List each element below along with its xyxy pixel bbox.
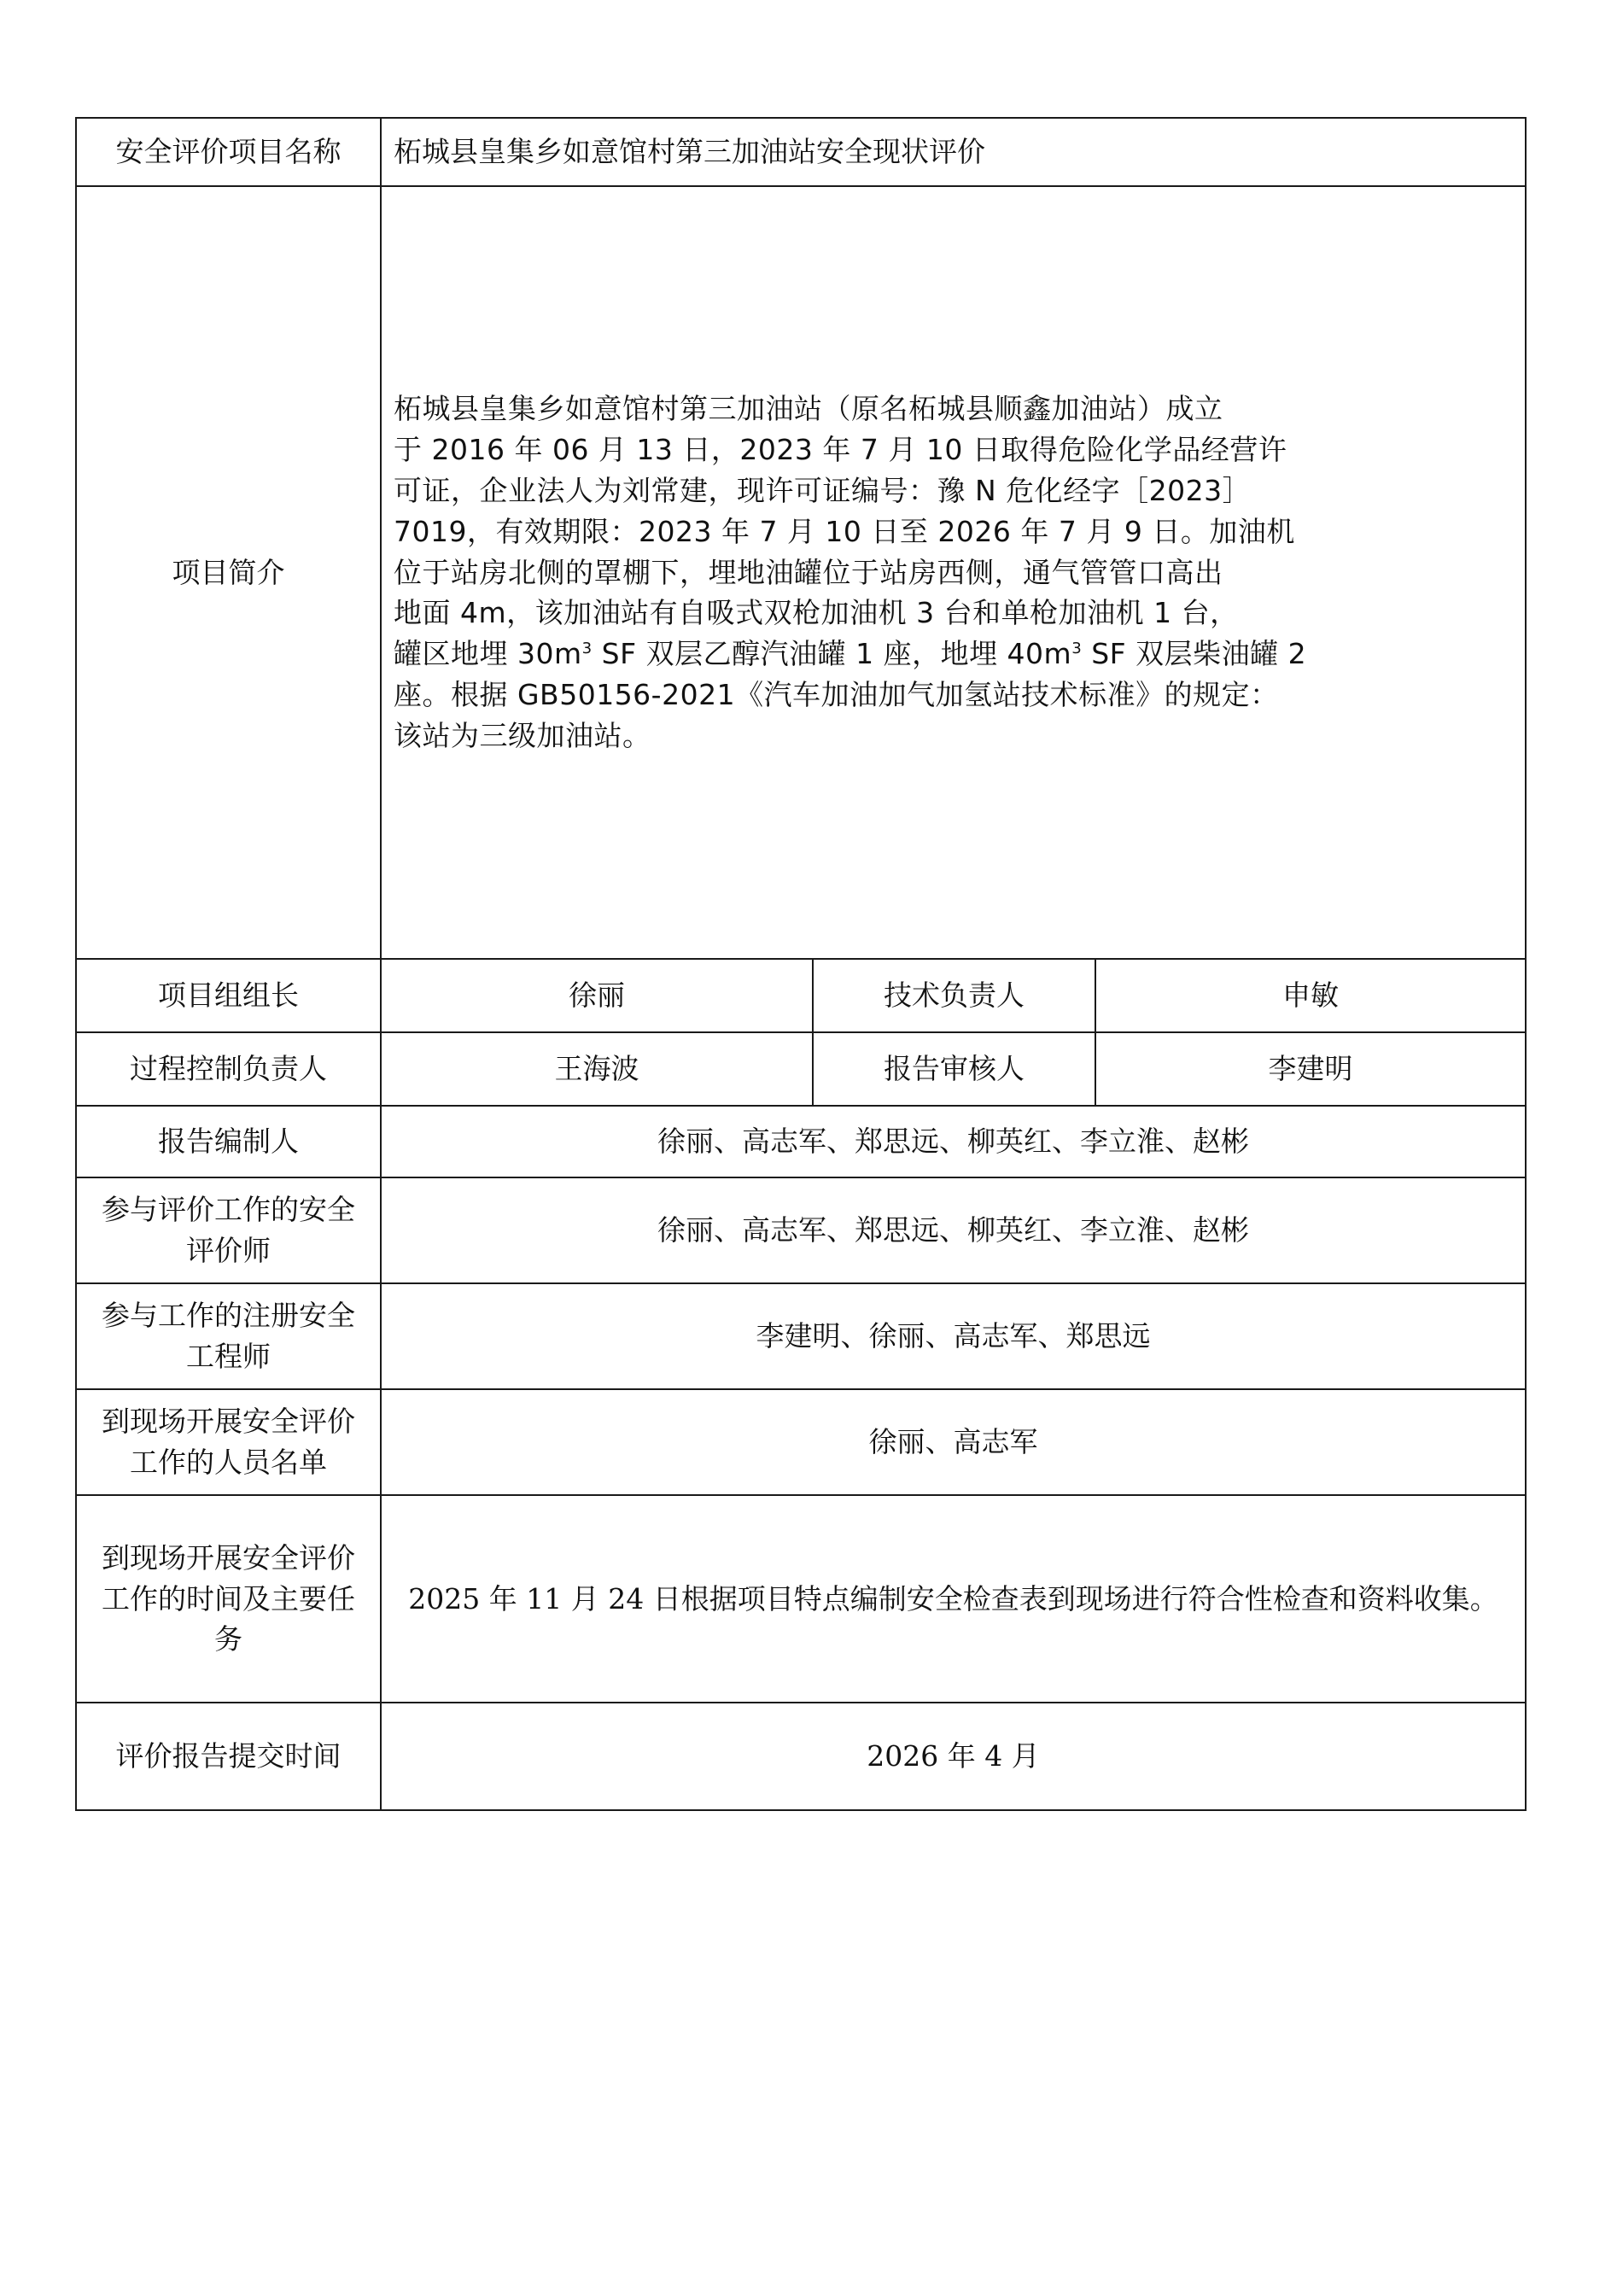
summary-line: 柘城县皇集乡如意馆村第三加油站（原名柘城县顺鑫加油站）成立 bbox=[394, 389, 1513, 429]
safety-evaluators-label: 参与评价工作的安全评价师 bbox=[76, 1177, 381, 1283]
process-control-label: 过程控制负责人 bbox=[76, 1032, 381, 1106]
project-summary-value: 柘城县皇集乡如意馆村第三加油站（原名柘城县顺鑫加油站）成立 于 2016 年 0… bbox=[381, 186, 1526, 959]
summary-line: 该站为三级加油站。 bbox=[394, 716, 1513, 757]
tech-lead-label: 技术负责人 bbox=[813, 959, 1095, 1032]
row-team-leader: 项目组组长 徐丽 技术负责人 申敏 bbox=[76, 959, 1526, 1032]
safety-evaluators-value: 徐丽、高志军、郑思远、柳英红、李立淮、赵彬 bbox=[381, 1177, 1526, 1283]
onsite-time-tasks-value: 2025 年 11 月 24 日根据项目特点编制安全检查表到现场进行符合性检查和… bbox=[381, 1495, 1526, 1703]
row-process-control: 过程控制负责人 王海波 报告审核人 李建明 bbox=[76, 1032, 1526, 1106]
report-authors-value: 徐丽、高志军、郑思远、柳英红、李立淮、赵彬 bbox=[381, 1106, 1526, 1177]
tank-text-1: 罐区地埋 30m bbox=[394, 637, 582, 670]
summary-line: 位于站房北侧的罩棚下，埋地油罐位于站房西侧，通气管管口高出 bbox=[394, 552, 1513, 593]
row-project-summary: 项目简介 柘城县皇集乡如意馆村第三加油站（原名柘城县顺鑫加油站）成立 于 201… bbox=[76, 186, 1526, 959]
tech-lead-value: 申敏 bbox=[1095, 959, 1526, 1032]
report-reviewer-label: 报告审核人 bbox=[813, 1032, 1095, 1106]
project-summary-label: 项目简介 bbox=[76, 186, 381, 959]
safety-evaluation-info-table: 安全评价项目名称 柘城县皇集乡如意馆村第三加油站安全现状评价 项目简介 柘城县皇… bbox=[75, 117, 1527, 1811]
onsite-personnel-value: 徐丽、高志军 bbox=[381, 1389, 1526, 1495]
row-registered-engineers: 参与工作的注册安全工程师 李建明、徐丽、高志军、郑思远 bbox=[76, 1283, 1526, 1389]
row-submission-time: 评价报告提交时间 2026 年 4 月 bbox=[76, 1703, 1526, 1810]
superscript-cubic: 3 bbox=[1071, 640, 1082, 657]
summary-line: 于 2016 年 06 月 13 日，2023 年 7 月 10 日取得危险化学… bbox=[394, 429, 1513, 470]
report-authors-label: 报告编制人 bbox=[76, 1106, 381, 1177]
team-leader-value: 徐丽 bbox=[381, 959, 813, 1032]
submission-time-value: 2026 年 4 月 bbox=[381, 1703, 1526, 1810]
registered-engineers-value: 李建明、徐丽、高志军、郑思远 bbox=[381, 1283, 1526, 1389]
summary-line: 地面 4m，该加油站有自吸式双枪加油机 3 台和单枪加油机 1 台， bbox=[394, 593, 1513, 634]
onsite-personnel-label: 到现场开展安全评价工作的人员名单 bbox=[76, 1389, 381, 1495]
report-reviewer-value: 李建明 bbox=[1095, 1032, 1526, 1106]
tank-text-3: SF 双层柴油罐 2 bbox=[1082, 637, 1306, 670]
project-name-value: 柘城县皇集乡如意馆村第三加油站安全现状评价 bbox=[381, 118, 1526, 186]
submission-time-label: 评价报告提交时间 bbox=[76, 1703, 381, 1810]
team-leader-label: 项目组组长 bbox=[76, 959, 381, 1032]
document-page: 安全评价项目名称 柘城县皇集乡如意馆村第三加油站安全现状评价 项目简介 柘城县皇… bbox=[0, 0, 1623, 2296]
row-onsite-time-tasks: 到现场开展安全评价工作的时间及主要任务 2025 年 11 月 24 日根据项目… bbox=[76, 1495, 1526, 1703]
registered-engineers-label: 参与工作的注册安全工程师 bbox=[76, 1283, 381, 1389]
row-report-authors: 报告编制人 徐丽、高志军、郑思远、柳英红、李立淮、赵彬 bbox=[76, 1106, 1526, 1177]
superscript-cubic: 3 bbox=[582, 640, 593, 657]
summary-line: 7019，有效期限：2023 年 7 月 10 日至 2026 年 7 月 9 … bbox=[394, 511, 1513, 552]
summary-line: 座。根据 GB50156-2021《汽车加油加气加氢站技术标准》的规定： bbox=[394, 675, 1513, 716]
onsite-time-tasks-label: 到现场开展安全评价工作的时间及主要任务 bbox=[76, 1495, 381, 1703]
process-control-value: 王海波 bbox=[381, 1032, 813, 1106]
summary-line-tanks: 罐区地埋 30m3 SF 双层乙醇汽油罐 1 座，地埋 40m3 SF 双层柴油… bbox=[394, 634, 1513, 675]
row-safety-evaluators: 参与评价工作的安全评价师 徐丽、高志军、郑思远、柳英红、李立淮、赵彬 bbox=[76, 1177, 1526, 1283]
summary-line: 可证，企业法人为刘常建，现许可证编号：豫 N 危化经字［2023］ bbox=[394, 470, 1513, 511]
row-project-name: 安全评价项目名称 柘城县皇集乡如意馆村第三加油站安全现状评价 bbox=[76, 118, 1526, 186]
project-name-label: 安全评价项目名称 bbox=[76, 118, 381, 186]
tank-text-2: SF 双层乙醇汽油罐 1 座，地埋 40m bbox=[593, 637, 1072, 670]
row-onsite-personnel: 到现场开展安全评价工作的人员名单 徐丽、高志军 bbox=[76, 1389, 1526, 1495]
